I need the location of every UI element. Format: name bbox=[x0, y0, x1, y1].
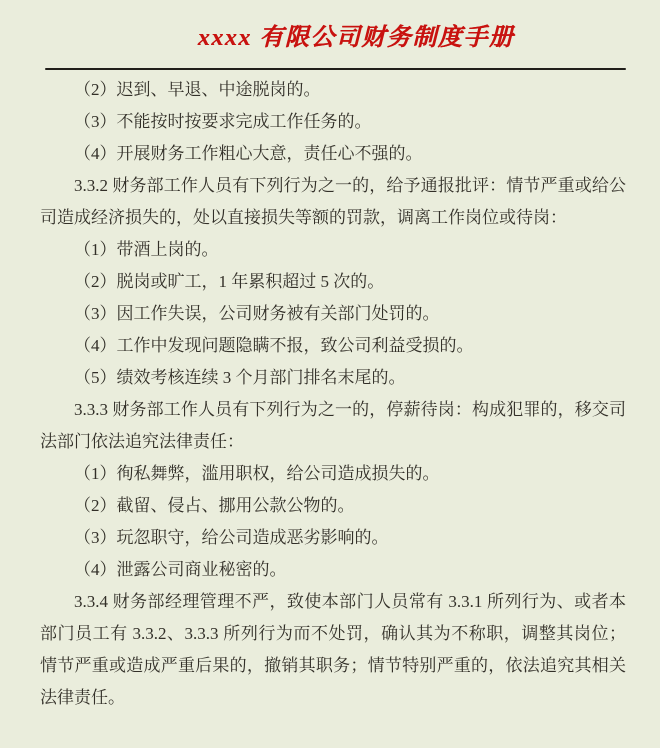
paragraph: （5）绩效考核连续 3 个月部门排名末尾的。 bbox=[40, 362, 626, 394]
page-title: xxxx 有限公司财务制度手册 bbox=[198, 22, 515, 54]
paragraph: （3）玩忽职守，给公司造成恶劣影响的。 bbox=[40, 522, 626, 554]
paragraph: （3）因工作失误，公司财务被有关部门处罚的。 bbox=[40, 298, 626, 330]
paragraph: 3.3.3 财务部工作人员有下列行为之一的，停薪待岗：构成犯罪的，移交司法部门依… bbox=[40, 394, 626, 458]
document-header: xxxx 有限公司财务制度手册 bbox=[0, 0, 660, 54]
paragraph: （3）不能按时按要求完成工作任务的。 bbox=[40, 106, 626, 138]
paragraph: （4）泄露公司商业秘密的。 bbox=[40, 554, 626, 586]
paragraph: 3.3.4 财务部经理管理不严，致使本部门人员常有 3.3.1 所列行为、或者本… bbox=[40, 586, 626, 714]
paragraph: 3.3.2 财务部工作人员有下列行为之一的，给予通报批评：情节严重或给公司造成经… bbox=[40, 170, 626, 234]
paragraph: （1）徇私舞弊，滥用职权，给公司造成损失的。 bbox=[40, 458, 626, 490]
paragraph: （4）工作中发现问题隐瞒不报，致公司利益受损的。 bbox=[40, 330, 626, 362]
paragraph: （2）迟到、早退、中途脱岗的。 bbox=[40, 74, 626, 106]
paragraph: （2）脱岗或旷工，1 年累积超过 5 次的。 bbox=[40, 266, 626, 298]
manual-page: xxxx 有限公司财务制度手册 （2）迟到、早退、中途脱岗的。（3）不能按时按要… bbox=[0, 0, 660, 748]
paragraph: （4）开展财务工作粗心大意，责任心不强的。 bbox=[40, 138, 626, 170]
paragraph: （1）带酒上岗的。 bbox=[40, 234, 626, 266]
paragraph: （2）截留、侵占、挪用公款公物的。 bbox=[40, 490, 626, 522]
document-body: （2）迟到、早退、中途脱岗的。（3）不能按时按要求完成工作任务的。（4）开展财务… bbox=[0, 70, 660, 714]
